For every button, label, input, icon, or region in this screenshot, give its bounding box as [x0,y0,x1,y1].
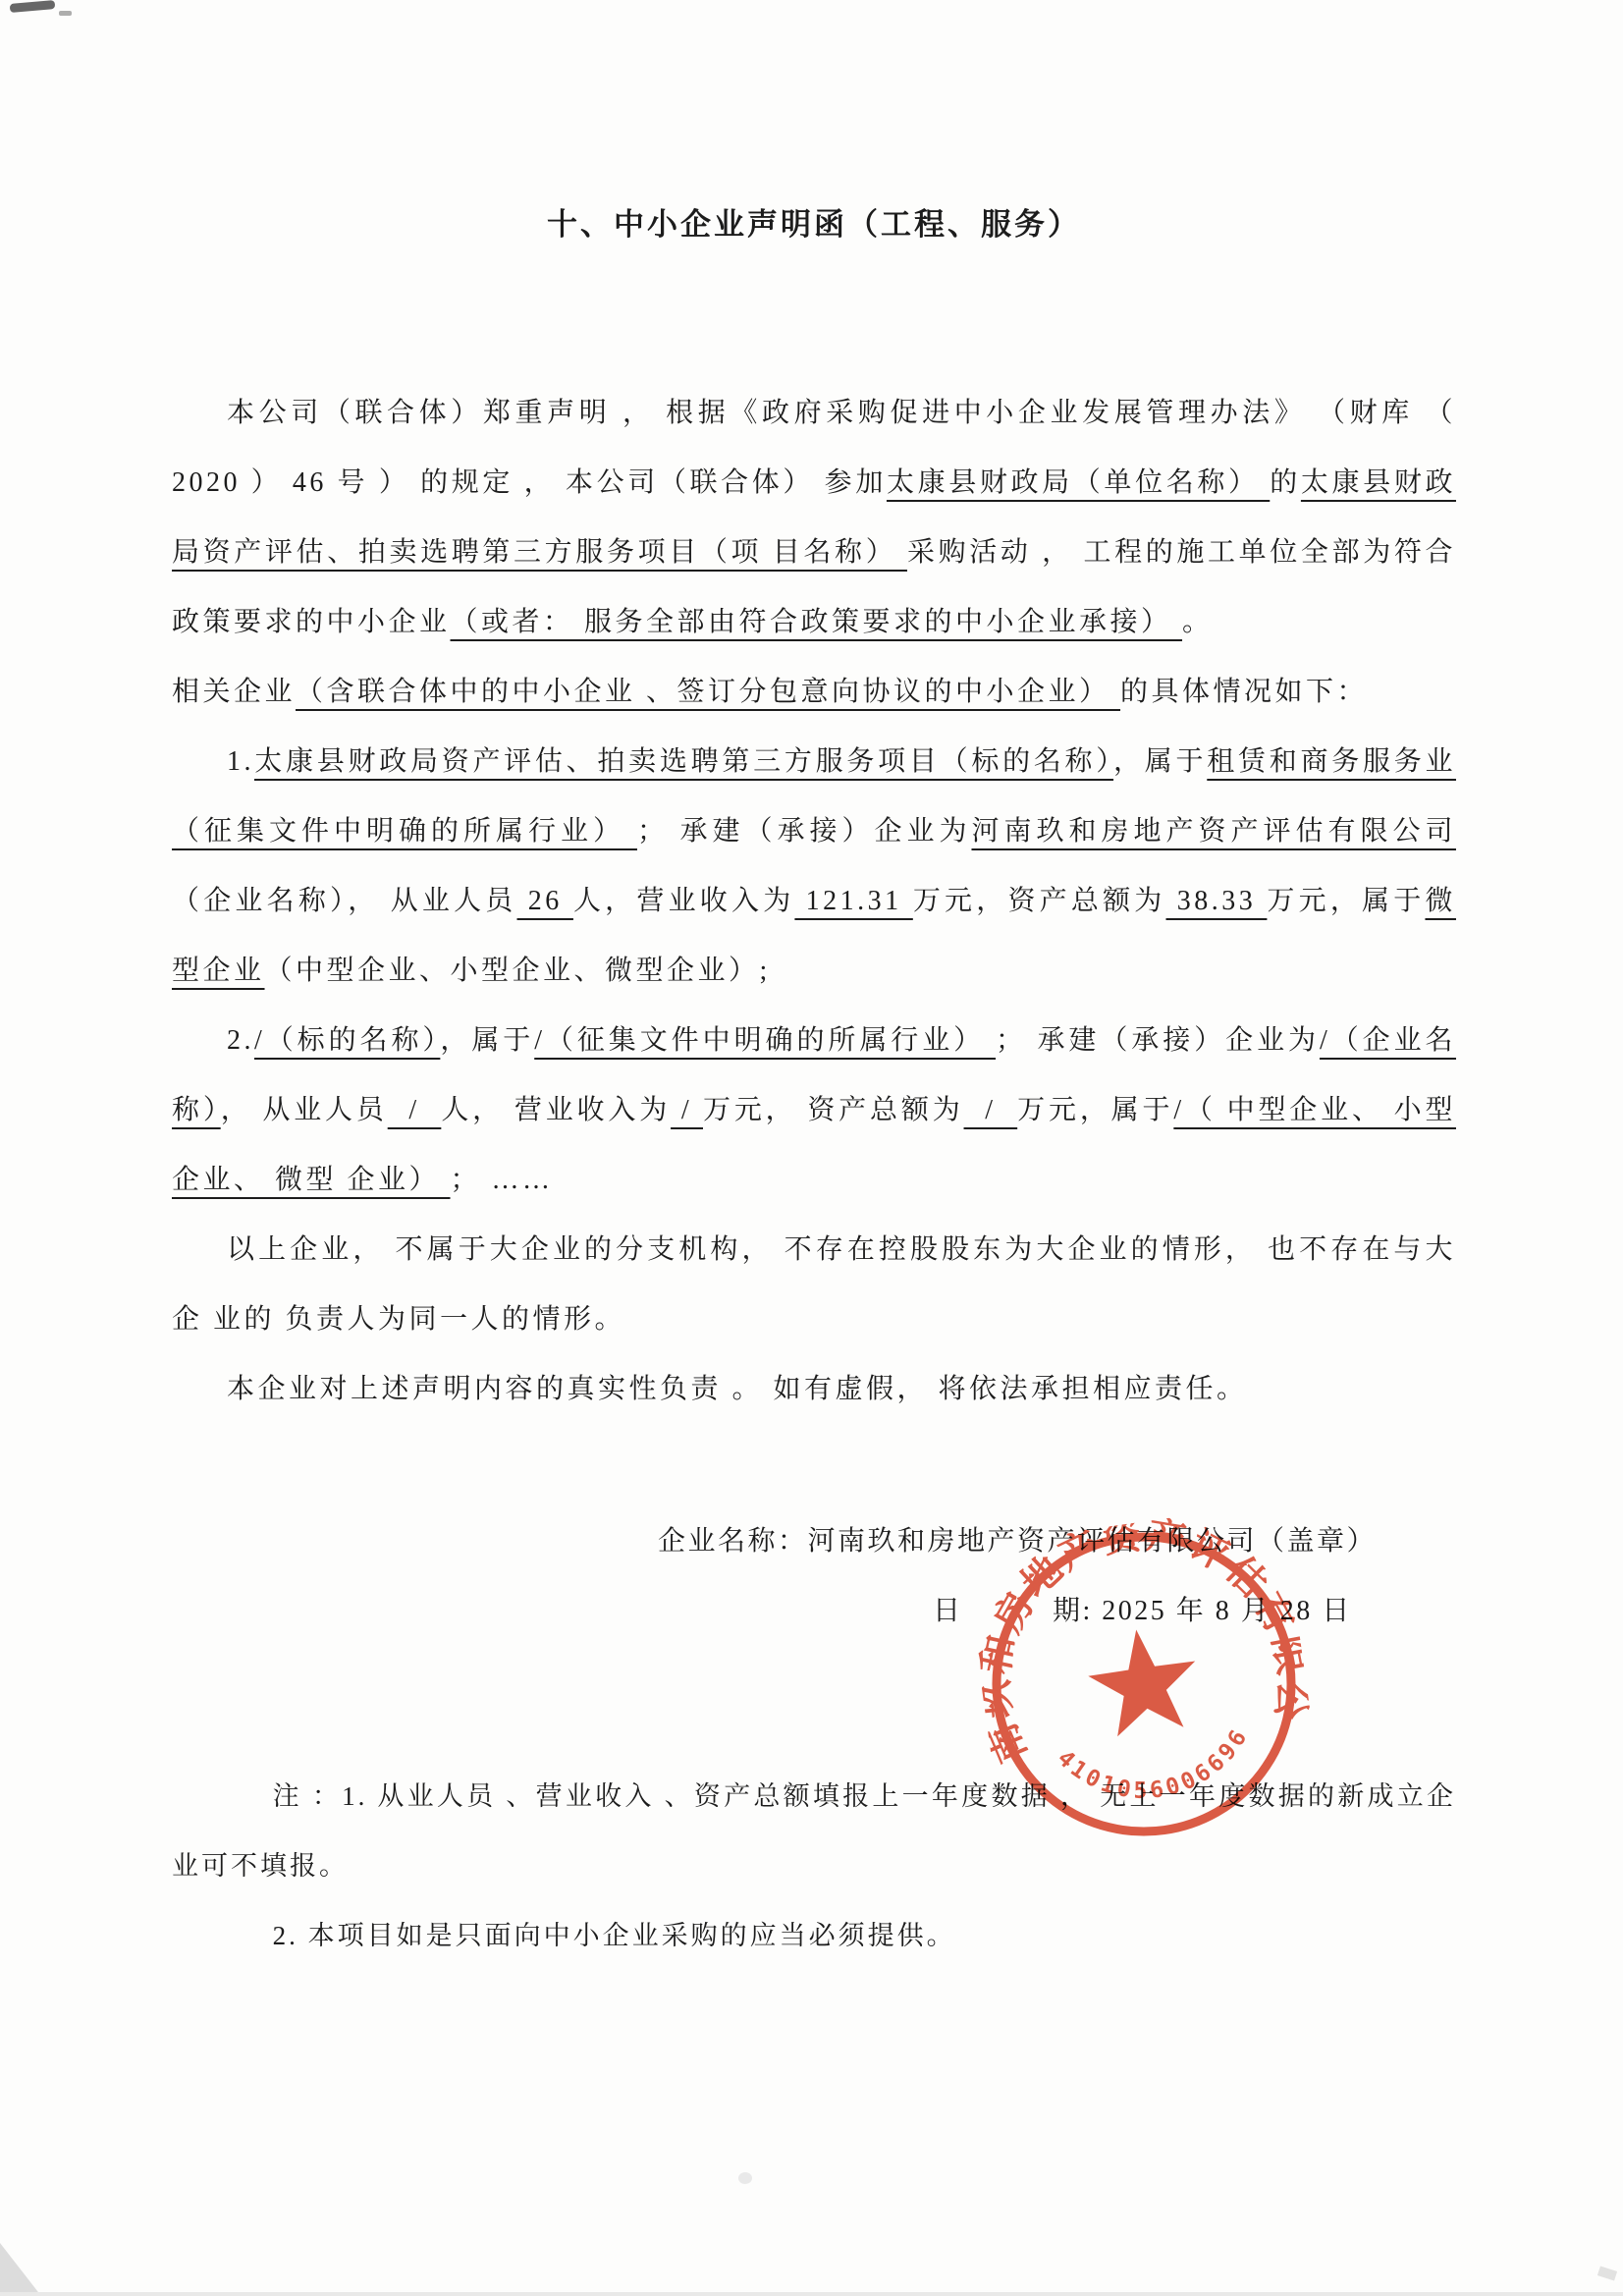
paragraph-item-2: 2./（标的名称），属于/（征集文件中明确的所属行业） ； 承建（承接）企业为/… [172,1006,1456,1215]
text-run: ，属于 [1113,746,1207,777]
text-run: ； 承建（承接）企业为 [996,1025,1320,1056]
text-run: ； 承建（承接）企业为 [637,816,972,847]
note-line-1: 注 ：1. 从业人员 、营业收入 、资产总额填报上一年度数据 ， 无上一年度数据… [172,1762,1456,1901]
paragraph-no-affiliation: 以上企业， 不属于大企业的分支机构， 不存在控股股东为大企业的情形， 也不存在与… [172,1215,1456,1354]
blank-total-assets-2: / [964,1095,1018,1125]
notes-section: 注 ：1. 从业人员 、营业收入 、资产总额填报上一年度数据 ， 无上一年度数据… [172,1762,1456,1971]
signature-date-line: 日 期: 2025 年 8 月 28 日 [933,1576,1456,1646]
blank-revenue-2: / [671,1095,703,1125]
page-edge-shadow [0,2292,1623,2296]
paragraph-related-companies: 相关企业（含联合体中的中小企业 、签订分包意向协议的中小企业） 的具体情况如下： [172,657,1456,727]
text-run: ，属于 [440,1025,534,1056]
paragraph-declaration: 本公司（联合体）郑重声明 ， 根据《政府采购促进中小企业发展管理办法》 （财库 … [172,378,1456,657]
blank-contractor-name: 河南玖和房地产资产评估有限公司 [971,816,1456,847]
document-content: 十、中小企业声明函（工程、服务） 本公司（联合体）郑重声明 ， 根据《政府采购促… [0,0,1623,1971]
scan-artifact-top-left-2 [59,11,72,16]
text-run: ， 从业人员 [221,1095,388,1125]
scan-artifact-bottom-right [1597,2266,1617,2280]
blank-unit-name: 太康县财政局（单位名称） [887,467,1270,498]
text-run: 的具体情况如下： [1120,677,1368,707]
blank-company-scope: （含联合体中的中小企业 、签订分包意向协议的中小企业） [296,677,1120,707]
note-line-2: 2. 本项目如是只面向中小企业采购的应当必须提供。 [172,1901,1456,1971]
text-run: 万元，资产总额为 [913,886,1166,916]
blank-subject-name-2: /（标的名称） [254,1025,440,1056]
text-run: 万元，属于 [1267,886,1425,916]
document-page: 十、中小企业声明函（工程、服务） 本公司（联合体）郑重声明 ， 根据《政府采购促… [0,0,1623,2296]
scan-artifact-bottom-left [0,2243,41,2296]
text-run: 。 [1182,607,1214,637]
text-run: 相关企业 [172,677,296,707]
page-title: 十、中小企业声明函（工程、服务） [172,201,1456,248]
scan-artifact-bottom-center [738,2172,752,2184]
blank-subject-name: 太康县财政局资产评估、拍卖选聘第三方服务项目（标的名称） [254,746,1113,777]
text-run: ； …… [451,1165,554,1195]
blank-or-service-clause: （或者： 服务全部由符合政策要求的中小企业承接） [451,607,1183,637]
paragraph-item-1: 1.太康县财政局资产评估、拍卖选聘第三方服务项目（标的名称），属于租赁和商务服务… [172,727,1456,1006]
text-run: （企业名称）， 从业人员 [172,886,517,916]
text-run: 万元， 资产总额为 [703,1095,964,1125]
text-run: 万元，属于 [1017,1095,1173,1125]
blank-employee-count: 26 [517,886,573,916]
blank-employee-count-2: / [388,1095,442,1125]
item-number: 1. [227,746,254,777]
signature-company-line: 企业名称：河南玖和房地产资产评估有限公司（盖章） [658,1506,1456,1576]
text-run: 的 [1270,467,1301,498]
item-number: 2. [227,1025,254,1056]
blank-revenue: 121.31 [794,886,912,916]
blank-industry-2: /（征集文件中明确的所属行业） [534,1025,996,1056]
text-run: 人， 营业收入为 [441,1095,671,1125]
text-run: （中型企业、小型企业、微型企业）; [265,956,771,986]
text-run: 人，营业收入为 [573,886,794,916]
paragraph-responsibility: 本企业对上述声明内容的真实性负责 。 如有虚假， 将依法承担相应责任。 [172,1354,1456,1424]
blank-total-assets: 38.33 [1166,886,1268,916]
signature-block: 企业名称：河南玖和房地产资产评估有限公司（盖章） 日 期: 2025 年 8 月… [172,1506,1456,1646]
body-text: 本公司（联合体）郑重声明 ， 根据《政府采购促进中小企业发展管理办法》 （财库 … [172,378,1456,1424]
